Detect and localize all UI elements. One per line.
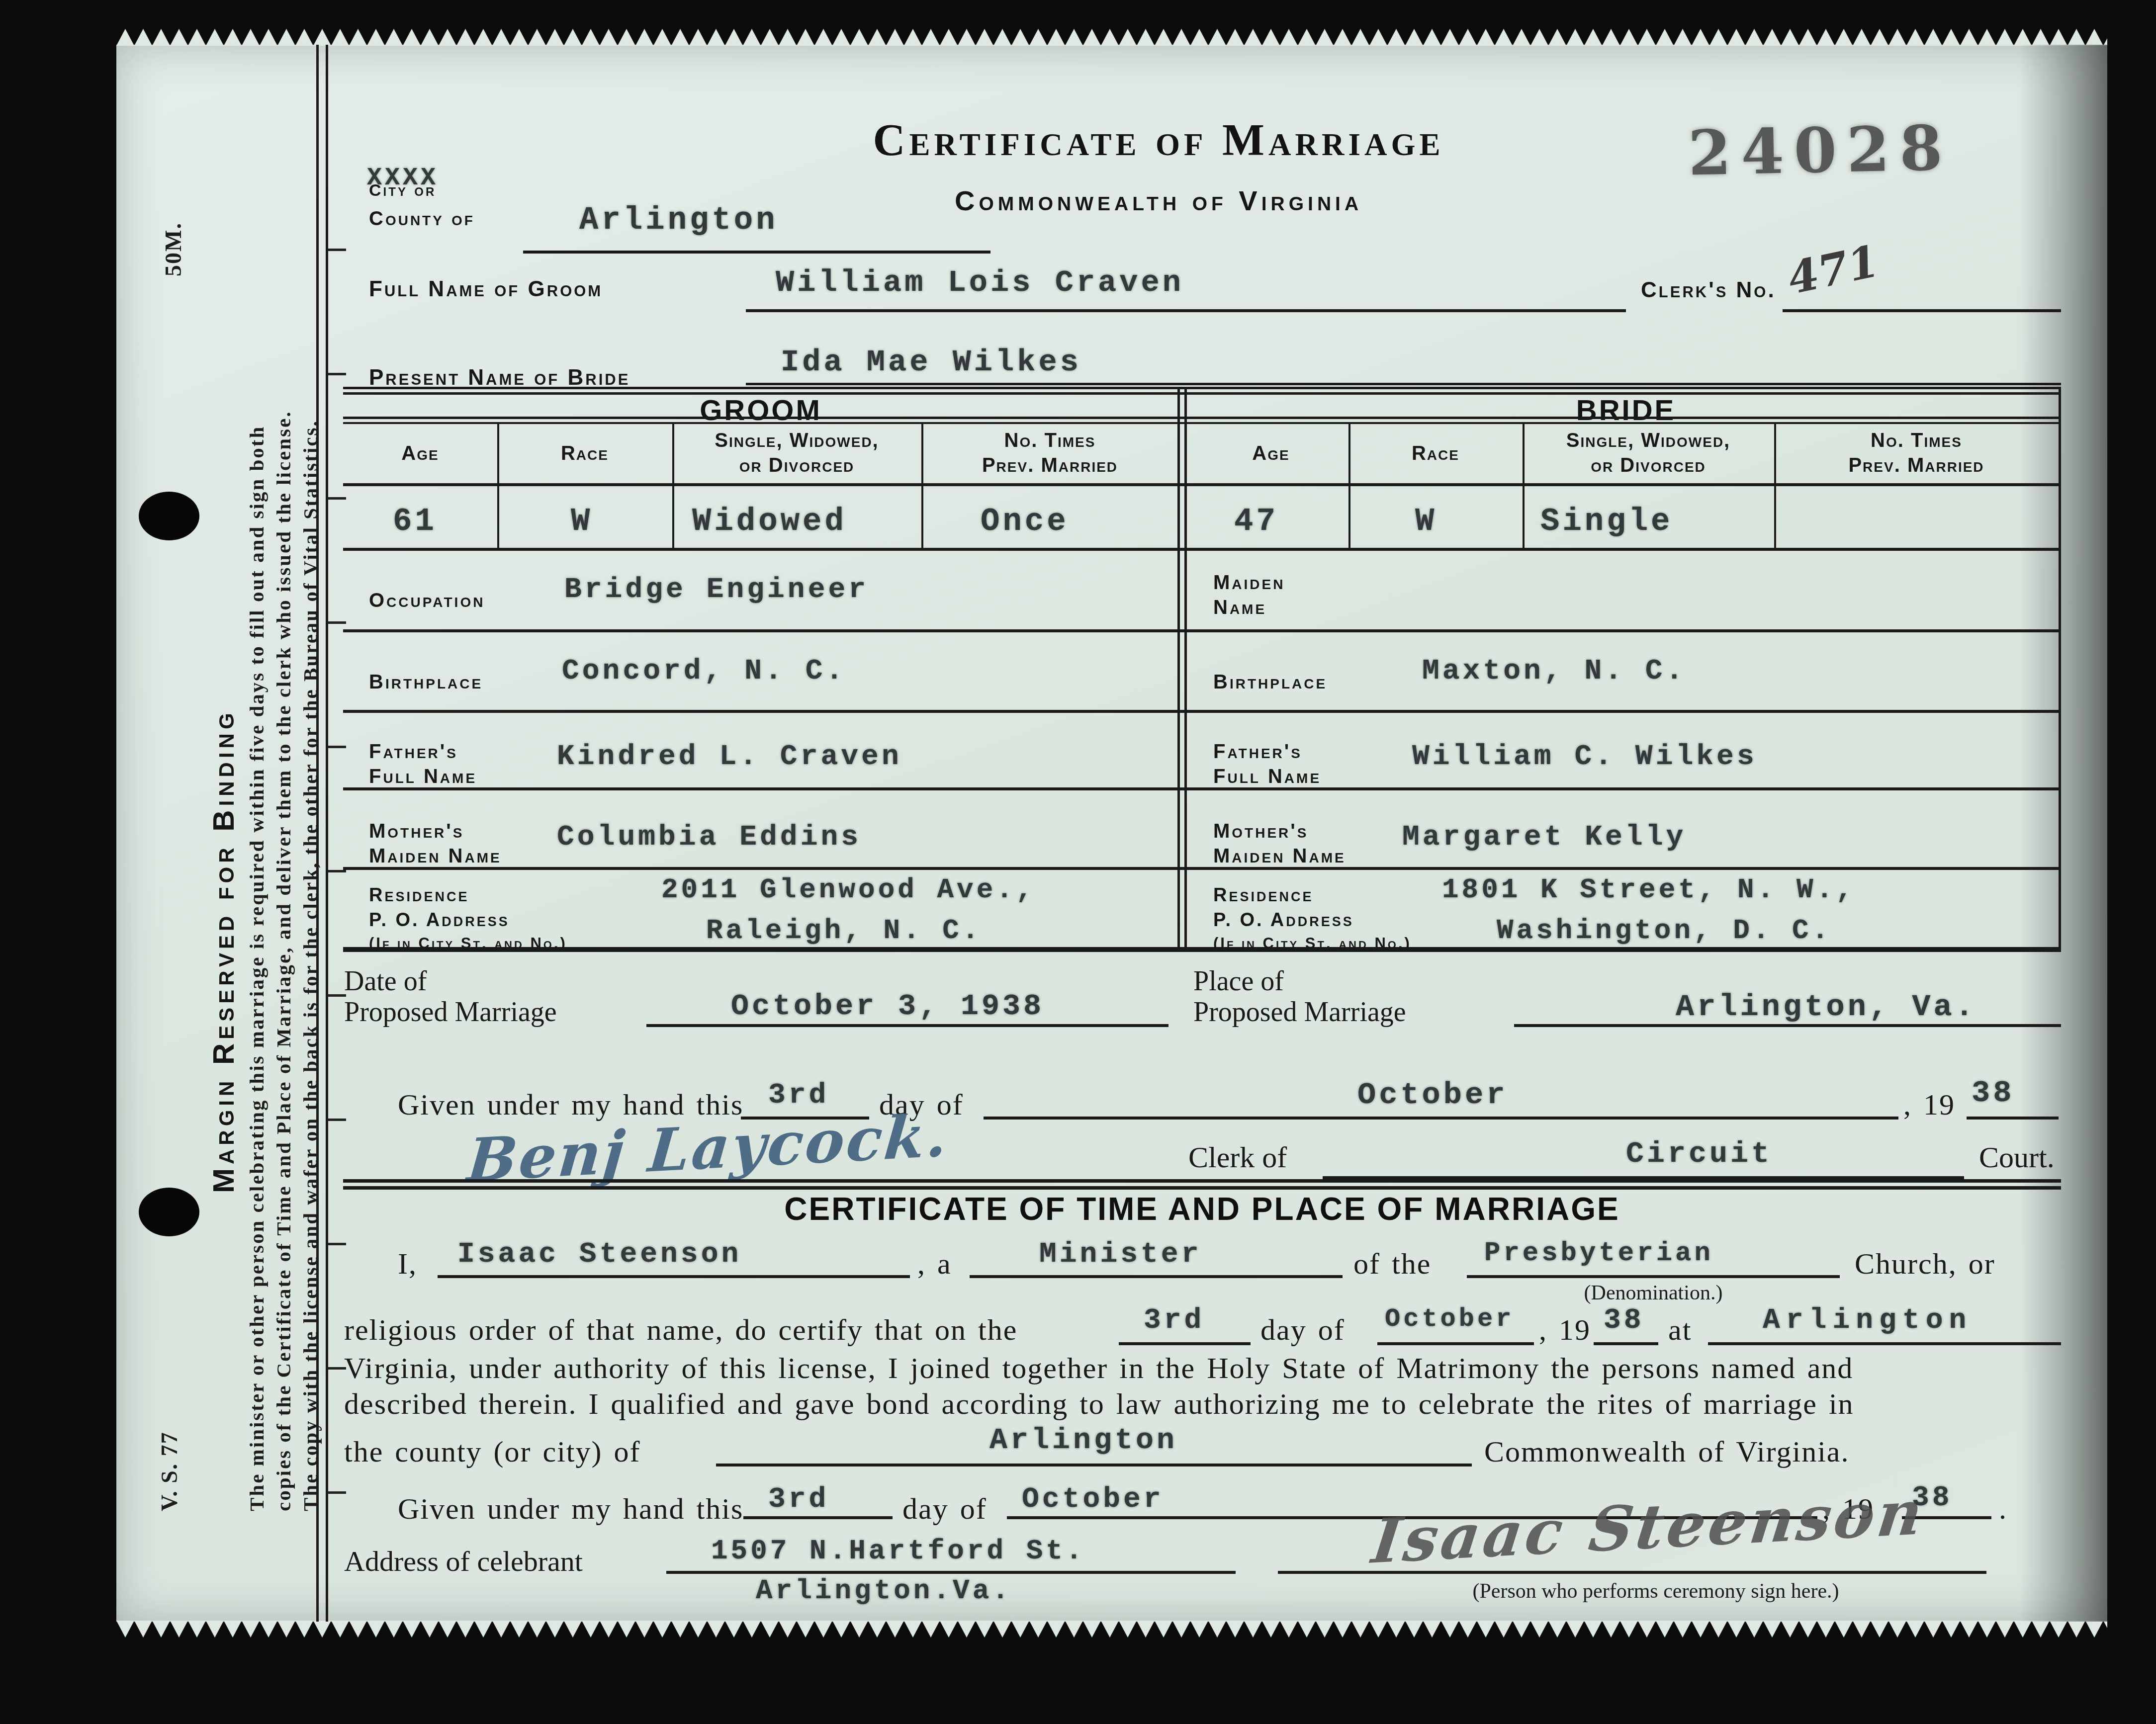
church-or-label: Church, or bbox=[1855, 1249, 1995, 1279]
margin-instruction-line: The minister or other person celebrating… bbox=[247, 426, 267, 1511]
place-of-label: Place of bbox=[1193, 967, 1284, 995]
bride-status-value: Single bbox=[1540, 506, 1673, 538]
proposed-marriage-label: Proposed Marriage bbox=[344, 998, 557, 1026]
col-age-label: Age bbox=[343, 443, 497, 463]
denomination-underline bbox=[1467, 1275, 1840, 1278]
maiden-name-label: Name bbox=[1213, 598, 1266, 617]
day-underline bbox=[1119, 1342, 1251, 1345]
given-under-hand-text: Given under my hand this bbox=[398, 1494, 743, 1524]
bride-age-value: 47 bbox=[1234, 506, 1278, 538]
body-text-line: Virginia, under authority of this licens… bbox=[344, 1353, 1853, 1383]
month-underline bbox=[1377, 1342, 1534, 1345]
groom-name-value: William Lois Craven bbox=[776, 267, 1184, 298]
proposed-marriage-label: Proposed Marriage bbox=[1193, 998, 1406, 1026]
binding-tick bbox=[328, 249, 346, 251]
subheader-rule bbox=[343, 483, 2061, 486]
county-of-label: County of bbox=[369, 209, 475, 229]
table-right-rule bbox=[2059, 387, 2061, 949]
groom-section-header: GROOM bbox=[343, 396, 1178, 425]
year-underline bbox=[1594, 1342, 1658, 1345]
groom-name-label: Full Name of Groom bbox=[369, 278, 603, 300]
groom-race-value: W bbox=[571, 506, 593, 538]
year-19-label: , 19 bbox=[1903, 1090, 1955, 1120]
role-value: Minister bbox=[1039, 1240, 1201, 1269]
birthplace-label: Birthplace bbox=[1213, 672, 1327, 692]
maiden-name-label: Maiden bbox=[1213, 573, 1285, 593]
bride-section-header: BRIDE bbox=[1193, 396, 2059, 425]
header-rule bbox=[343, 417, 2061, 419]
celebrant-name-value: Isaac Steenson bbox=[457, 1240, 741, 1269]
occupation-value: Bridge Engineer bbox=[564, 576, 869, 604]
address-underline bbox=[666, 1571, 1236, 1574]
perforation-bottom-edge bbox=[116, 1621, 2107, 1638]
groom-father-value: Kindred L. Craven bbox=[557, 743, 902, 772]
margin-instruction-line: The copy with the license and wafer on t… bbox=[300, 420, 321, 1511]
license-stamp-number: 24028 bbox=[1688, 117, 1953, 184]
table-top-rule bbox=[343, 387, 2061, 389]
row-rule bbox=[343, 867, 2061, 870]
binding-tick bbox=[328, 1367, 346, 1370]
date-of-label: Date of bbox=[344, 967, 427, 995]
section-rule bbox=[343, 1179, 2061, 1183]
celebrant-underline bbox=[438, 1275, 910, 1278]
commonwealth-text: Commonwealth of Virginia. bbox=[1484, 1437, 1849, 1466]
certify-text: religious order of that name, do certify… bbox=[344, 1315, 1017, 1345]
col-times-label: No. Times bbox=[1774, 431, 2059, 450]
address-of-celebrant-label: Address of celebrant bbox=[344, 1547, 583, 1576]
day-of-label: day of bbox=[902, 1494, 987, 1524]
ceremony-given-month: October bbox=[1022, 1485, 1164, 1514]
date-underline bbox=[646, 1024, 1168, 1027]
proposed-place-value: Arlington, Va. bbox=[1676, 992, 1976, 1023]
groom-residence-value: 2011 Glenwood Ave., bbox=[661, 876, 1036, 904]
year-19-label: , 19 bbox=[1539, 1315, 1591, 1345]
ceremony-place-value: Arlington bbox=[1763, 1306, 1972, 1335]
clerk-of-label: Clerk of bbox=[1188, 1142, 1287, 1172]
period-label: . bbox=[1999, 1494, 2007, 1524]
groom-residence-value: Raleigh, N. C. bbox=[706, 917, 982, 945]
bride-name-value: Ida Mae Wilkes bbox=[781, 347, 1081, 378]
bride-residence-value: Washington, D. C. bbox=[1497, 917, 1831, 945]
groom-age-value: 61 bbox=[393, 506, 437, 538]
form-number-code: V. S. 77 bbox=[158, 1431, 181, 1511]
residence-label: P. O. Address bbox=[1213, 911, 1354, 930]
groom-name-underline bbox=[746, 309, 1626, 312]
groom-status-value: Widowed bbox=[692, 506, 847, 538]
father-name-label: Father's bbox=[1213, 742, 1302, 762]
row-rule bbox=[343, 787, 2061, 790]
row-rule bbox=[343, 629, 2061, 632]
values-rule bbox=[343, 548, 2061, 551]
year-underline bbox=[1967, 1117, 2059, 1120]
bride-name-label: Present Name of Bride bbox=[369, 367, 630, 389]
binding-margin-label: Margin Reserved for Binding bbox=[209, 709, 239, 1193]
court-label: Court. bbox=[1979, 1142, 2055, 1172]
at-label: at bbox=[1668, 1315, 1692, 1345]
mother-name-label: Mother's bbox=[1213, 821, 1309, 841]
scanned-document: 50M. Margin Reserved for Binding The min… bbox=[0, 0, 2156, 1724]
punch-hole bbox=[139, 492, 199, 540]
binding-tick bbox=[328, 1243, 346, 1245]
county-underline bbox=[523, 251, 990, 254]
binding-tick bbox=[328, 870, 346, 872]
bride-race-value: W bbox=[1415, 506, 1437, 538]
mother-name-label: Maiden Name bbox=[1213, 846, 1346, 866]
father-name-label: Full Name bbox=[1213, 767, 1321, 786]
county-value: Arlington bbox=[579, 205, 778, 237]
binding-tick bbox=[328, 994, 346, 997]
punch-hole bbox=[139, 1188, 199, 1236]
residence-label: Residence bbox=[1213, 886, 1313, 905]
col-age-label: Age bbox=[1193, 443, 1348, 463]
bride-mother-value: Margaret Kelly bbox=[1402, 823, 1686, 852]
ceremony-given-day: 3rd bbox=[768, 1485, 829, 1514]
table-top-rule bbox=[343, 392, 2061, 395]
city-or-label: City or bbox=[369, 182, 436, 199]
role-underline bbox=[970, 1275, 1343, 1278]
celebrant-address-value: Arlington.Va. bbox=[756, 1577, 1012, 1605]
ceremony-year-value: 38 bbox=[1604, 1306, 1644, 1335]
col-race-label: Race bbox=[1348, 443, 1523, 463]
body-text-line: described therein. I qualified and gave … bbox=[344, 1389, 1854, 1419]
father-name-label: Full Name bbox=[369, 767, 477, 786]
bride-father-value: William C. Wilkes bbox=[1412, 743, 1757, 772]
bride-birthplace-value: Maxton, N. C. bbox=[1422, 657, 1686, 686]
residence-rule bbox=[343, 947, 2061, 952]
header-rule bbox=[343, 422, 2061, 424]
clerk-no-label: Clerk's No. bbox=[1641, 279, 1776, 301]
mother-name-label: Mother's bbox=[369, 821, 464, 841]
father-name-label: Father's bbox=[369, 742, 458, 762]
print-run-code: 50M. bbox=[162, 222, 185, 276]
ceremony-county-value: Arlington bbox=[989, 1426, 1177, 1456]
celebrant-address-value: 1507 N.Hartford St. bbox=[711, 1537, 1085, 1565]
birthplace-label: Birthplace bbox=[369, 672, 483, 692]
bride-name-underline bbox=[746, 383, 2061, 385]
day-of-label: day of bbox=[1260, 1315, 1345, 1345]
binding-tick bbox=[328, 621, 346, 624]
county-underline bbox=[716, 1464, 1472, 1466]
ceremony-heading: CERTIFICATE OF TIME AND PLACE OF MARRIAG… bbox=[343, 1193, 2061, 1225]
col-status-label: or Divorced bbox=[1523, 455, 1774, 475]
denomination-value: Presbyterian bbox=[1484, 1240, 1713, 1267]
binding-tick bbox=[328, 373, 346, 375]
sign-here-caption: (Person who performs ceremony sign here.… bbox=[1338, 1581, 1974, 1602]
scan-edge-shadow bbox=[2019, 45, 2107, 1622]
col-times-label: No. Times bbox=[921, 431, 1178, 450]
margin-instruction-line: copies of the Certificate of Time and Pl… bbox=[273, 410, 294, 1511]
residence-label: P. O. Address bbox=[369, 911, 510, 930]
col-race-label: Race bbox=[497, 443, 672, 463]
col-status-label: or Divorced bbox=[672, 455, 921, 475]
place-underline bbox=[1708, 1342, 2061, 1345]
binding-tick bbox=[328, 497, 346, 500]
col-status-label: Single, Widowed, bbox=[1523, 431, 1774, 450]
given-month-value: October bbox=[1357, 1080, 1508, 1111]
a-label: , a bbox=[917, 1249, 952, 1279]
ceremony-day-value: 3rd bbox=[1144, 1306, 1204, 1335]
binding-tick bbox=[328, 746, 346, 748]
residence-label: Residence bbox=[369, 886, 469, 905]
given-day-value: 3rd bbox=[768, 1081, 829, 1110]
col-times-label: Prev. Married bbox=[1774, 455, 2059, 475]
perforation-top-edge bbox=[116, 29, 2107, 46]
proposed-date-value: October 3, 1938 bbox=[731, 992, 1044, 1022]
clerk-no-underline bbox=[1783, 309, 2061, 312]
court-type-value: Circuit bbox=[1626, 1139, 1772, 1169]
of-the-label: of the bbox=[1353, 1249, 1431, 1279]
binding-tick bbox=[328, 1119, 346, 1121]
i-prefix: I, bbox=[398, 1249, 417, 1279]
occupation-label: Occupation bbox=[369, 591, 485, 610]
denomination-caption: (Denomination.) bbox=[1467, 1283, 1840, 1303]
margin-rule bbox=[326, 45, 328, 1622]
col-times-label: Prev. Married bbox=[921, 455, 1178, 475]
col-status-label: Single, Widowed, bbox=[672, 431, 921, 450]
county-prefix-text: the county (or city) of bbox=[344, 1437, 641, 1466]
table-center-divider bbox=[1184, 387, 1187, 949]
month-underline bbox=[984, 1117, 1898, 1120]
groom-mother-value: Columbia Eddins bbox=[557, 823, 861, 852]
bride-residence-value: 1801 K Street, N. W., bbox=[1442, 876, 1856, 904]
binding-tick bbox=[328, 1491, 346, 1494]
groom-birthplace-value: Concord, N. C. bbox=[562, 657, 846, 686]
mother-name-label: Maiden Name bbox=[369, 846, 502, 866]
row-rule bbox=[343, 710, 2061, 713]
section-rule bbox=[343, 1186, 2061, 1190]
groom-times-value: Once bbox=[981, 506, 1069, 538]
day-underline bbox=[743, 1516, 893, 1519]
ceremony-month-value: October bbox=[1385, 1306, 1514, 1332]
given-year-value: 38 bbox=[1972, 1078, 2014, 1109]
